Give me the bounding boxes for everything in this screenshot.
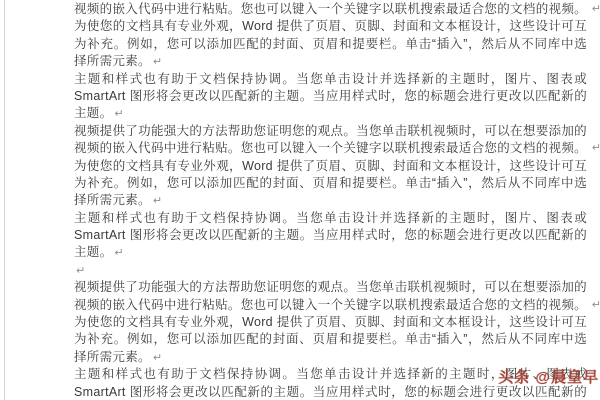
line-text[interactable]: 择所需元素。 <box>74 54 151 68</box>
text-line[interactable]: 主题。↵ <box>74 105 587 122</box>
line-text[interactable]: 主题和样式也有助于文档保持协调。当您单击设计并选择新的主题时，图片、图表或 <box>74 211 587 225</box>
text-line[interactable]: 择所需元素。↵ <box>74 53 587 70</box>
paragraph-mark-icon: ↵ <box>112 247 123 259</box>
page-edge-line <box>4 0 5 400</box>
text-line[interactable]: 为使您的文档具有专业外观，Word 提供了页眉、页脚、封面和文本框设计，这些设计… <box>74 158 587 175</box>
text-line[interactable]: SmartArt 图形将会更改以匹配新的主题。当应用样式时，您的标题会进行更改以… <box>74 227 587 244</box>
paragraph-mark-icon: ↵ <box>592 297 600 314</box>
line-text[interactable]: 视频提供了功能强大的方法帮助您证明您的观点。当您单击联机视频时，可以在想要添加的 <box>74 280 587 294</box>
line-text[interactable]: 主题。 <box>74 106 112 120</box>
paragraph-mark-icon: ↵ <box>151 195 162 207</box>
text-line[interactable]: 视频的嵌入代码中进行粘贴。您也可以键入一个关键字以联机搜索最适合您的文档的视频。… <box>74 1 587 18</box>
toutiao-watermark: 头条 @晨皇早 <box>498 366 599 387</box>
line-text[interactable]: 视频的嵌入代码中进行粘贴。您也可以键入一个关键字以联机搜索最适合您的文档的视频。 <box>74 141 587 155</box>
line-text[interactable]: 主题和样式也有助于文档保持协调。当您单击设计并选择新的主题时，图片、图表或 <box>74 72 587 86</box>
paragraph-mark-icon: ↵ <box>592 140 600 157</box>
text-line[interactable]: 主题和样式也有助于文档保持协调。当您单击设计并选择新的主题时，图片、图表或 <box>74 210 587 227</box>
text-line[interactable]: 视频的嵌入代码中进行粘贴。您也可以键入一个关键字以联机搜索最适合您的文档的视频。… <box>74 297 587 314</box>
text-line[interactable]: 择所需元素。↵ <box>74 349 587 366</box>
text-line[interactable]: 视频提供了功能强大的方法帮助您证明您的观点。当您单击联机视频时，可以在想要添加的 <box>74 123 587 140</box>
line-text[interactable]: 择所需元素。 <box>74 193 151 207</box>
line-text[interactable]: 为补充。例如，您可以添加匹配的封面、页眉和提要栏。单击“插入”，然后从不同库中选 <box>74 332 587 346</box>
text-line[interactable]: ↵ <box>74 262 587 279</box>
document-text-area[interactable]: 视频的嵌入代码中进行粘贴。您也可以键入一个关键字以联机搜索最适合您的文档的视频。… <box>74 1 587 400</box>
paragraph-mark-icon: ↵ <box>151 56 162 68</box>
text-line[interactable]: 为使您的文档具有专业外观，Word 提供了页眉、页脚、封面和文本框设计，这些设计… <box>74 18 587 35</box>
document-page: 视频的嵌入代码中进行粘贴。您也可以键入一个关键字以联机搜索最适合您的文档的视频。… <box>0 0 600 400</box>
text-line[interactable]: 主题。↵ <box>74 244 587 261</box>
line-text[interactable]: 为使您的文档具有专业外观，Word 提供了页眉、页脚、封面和文本框设计，这些设计… <box>74 159 587 173</box>
line-text[interactable]: 为补充。例如，您可以添加匹配的封面、页眉和提要栏。单击“插入”，然后从不同库中选 <box>74 37 587 51</box>
line-text[interactable]: 视频的嵌入代码中进行粘贴。您也可以键入一个关键字以联机搜索最适合您的文档的视频。 <box>74 298 587 312</box>
line-text[interactable]: 主题。 <box>74 245 112 259</box>
text-line[interactable]: 主题和样式也有助于文档保持协调。当您单击设计并选择新的主题时，图片、图表或 <box>74 71 587 88</box>
text-line[interactable]: 视频提供了功能强大的方法帮助您证明您的观点。当您单击联机视频时，可以在想要添加的 <box>74 279 587 296</box>
text-line[interactable]: 为使您的文档具有专业外观，Word 提供了页眉、页脚、封面和文本框设计，这些设计… <box>74 314 587 331</box>
paragraph-mark-icon: ↵ <box>592 1 600 18</box>
line-text[interactable]: 为使您的文档具有专业外观，Word 提供了页眉、页脚、封面和文本框设计，这些设计… <box>74 315 587 329</box>
text-line[interactable]: 为补充。例如，您可以添加匹配的封面、页眉和提要栏。单击“插入”，然后从不同库中选 <box>74 36 587 53</box>
line-text[interactable]: 视频提供了功能强大的方法帮助您证明您的观点。当您单击联机视频时，可以在想要添加的 <box>74 124 587 138</box>
line-text[interactable]: SmartArt 图形将会更改以匹配新的主题。当应用样式时，您的标题会进行更改以… <box>74 89 587 103</box>
line-text[interactable]: SmartArt 图形将会更改以匹配新的主题。当应用样式时，您的标题会进行更改以… <box>74 228 587 242</box>
text-line[interactable]: 为补充。例如，您可以添加匹配的封面、页眉和提要栏。单击“插入”，然后从不同库中选 <box>74 331 587 348</box>
line-text[interactable]: 为补充。例如，您可以添加匹配的封面、页眉和提要栏。单击“插入”，然后从不同库中选 <box>74 176 587 190</box>
paragraph-mark-icon: ↵ <box>74 265 85 277</box>
text-line[interactable]: 为补充。例如，您可以添加匹配的封面、页眉和提要栏。单击“插入”，然后从不同库中选 <box>74 175 587 192</box>
text-line[interactable]: SmartArt 图形将会更改以匹配新的主题。当应用样式时，您的标题会进行更改以… <box>74 88 587 105</box>
line-text[interactable]: 视频的嵌入代码中进行粘贴。您也可以键入一个关键字以联机搜索最适合您的文档的视频。 <box>74 2 587 16</box>
paragraph-mark-icon: ↵ <box>151 352 162 364</box>
line-text[interactable]: 为使您的文档具有专业外观，Word 提供了页眉、页脚、封面和文本框设计，这些设计… <box>74 19 587 33</box>
text-line[interactable]: 择所需元素。↵ <box>74 192 587 209</box>
paragraph-mark-icon: ↵ <box>112 108 123 120</box>
text-line[interactable]: 视频的嵌入代码中进行粘贴。您也可以键入一个关键字以联机搜索最适合您的文档的视频。… <box>74 140 587 157</box>
line-text[interactable]: 择所需元素。 <box>74 350 151 364</box>
